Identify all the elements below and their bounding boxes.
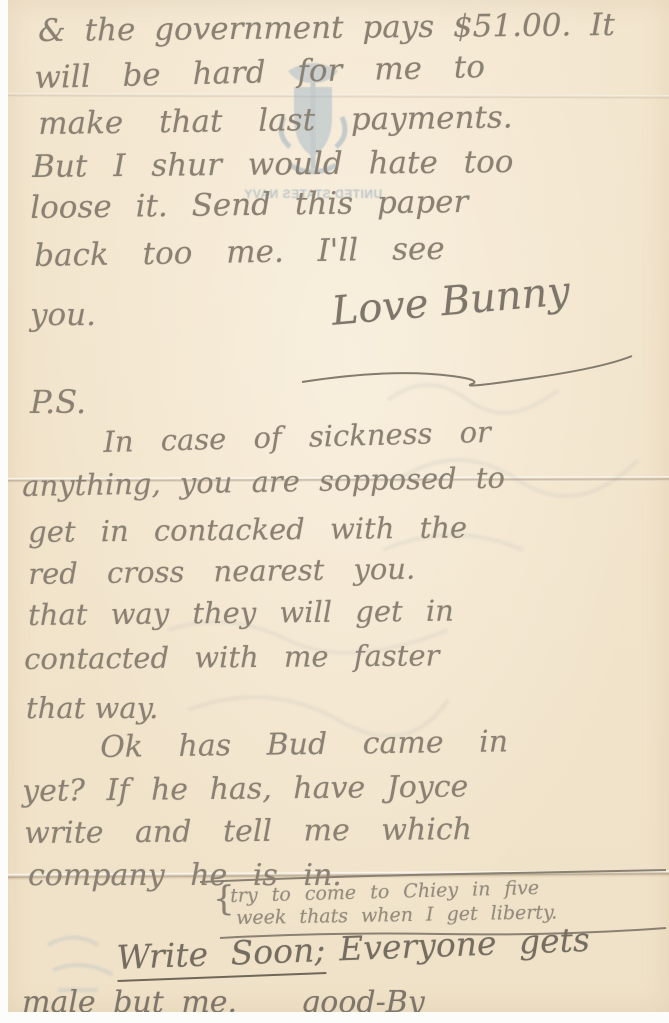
- letter-line: Ok has Bud came in: [100, 727, 508, 763]
- letter-line: you.: [30, 300, 96, 331]
- signature-flourish: [300, 348, 636, 388]
- letter-line: get in contacked with the: [28, 513, 467, 547]
- signature: Love Bunny: [330, 271, 571, 332]
- letter-line: yet? If he has, have Joyce: [22, 772, 468, 807]
- letter-line: write and tell me which: [24, 815, 472, 849]
- closing-line: Write Soon;Everyone gets: [116, 923, 590, 974]
- letter-line: contacted with me faster: [24, 641, 440, 674]
- ps-label: P.S.: [30, 386, 86, 418]
- letter-line: will be hard for me to: [34, 52, 485, 94]
- letter-line: that way.: [26, 694, 158, 723]
- letter-page: UNITED STATES NAVY & the government pays…: [8, 0, 669, 1012]
- letter-line: But I shur would hate too: [32, 147, 514, 183]
- letter-line: loose it. Send this paper: [30, 187, 469, 224]
- letter-line: make that last payments.: [38, 102, 513, 140]
- letter-line: anything, you are sopposed to: [22, 464, 505, 501]
- letter-line: & the government pays $51.00. It: [38, 10, 615, 47]
- closing-rest: Everyone gets: [338, 920, 590, 969]
- write-soon-underlined: Write Soon;: [116, 930, 326, 982]
- letter-line: In case of sickness or: [103, 418, 491, 457]
- letter-line: red cross nearest you.: [28, 555, 415, 589]
- letter-line: back too me. I'll see: [34, 234, 445, 272]
- scanner-edge-left: [0, 0, 8, 1023]
- letter-line: that way they will get in: [28, 597, 454, 630]
- scanner-edge-bottom: [0, 1012, 669, 1023]
